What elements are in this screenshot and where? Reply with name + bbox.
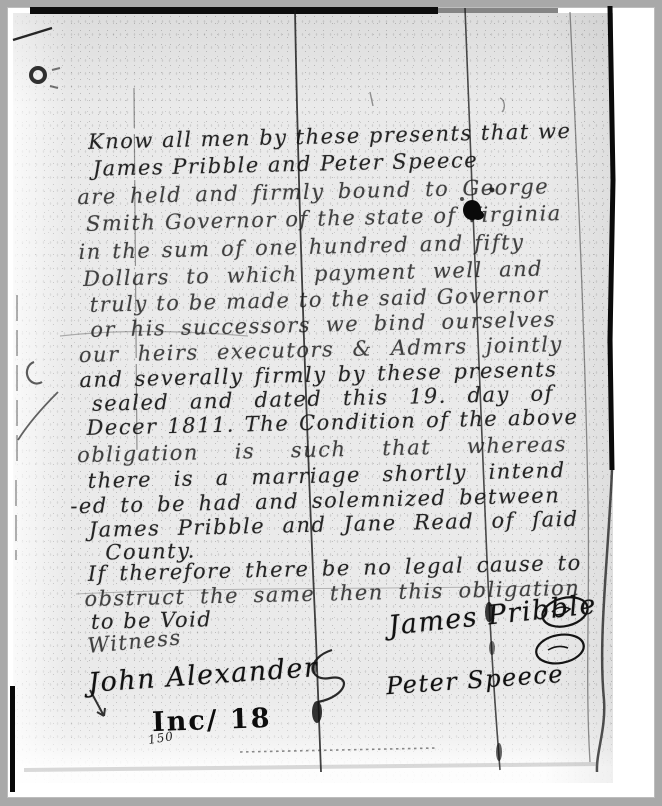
index-mark-annotation: Inc/ 18	[151, 703, 272, 738]
scanned-document-page: Know all men by these presents that we J…	[0, 0, 662, 806]
